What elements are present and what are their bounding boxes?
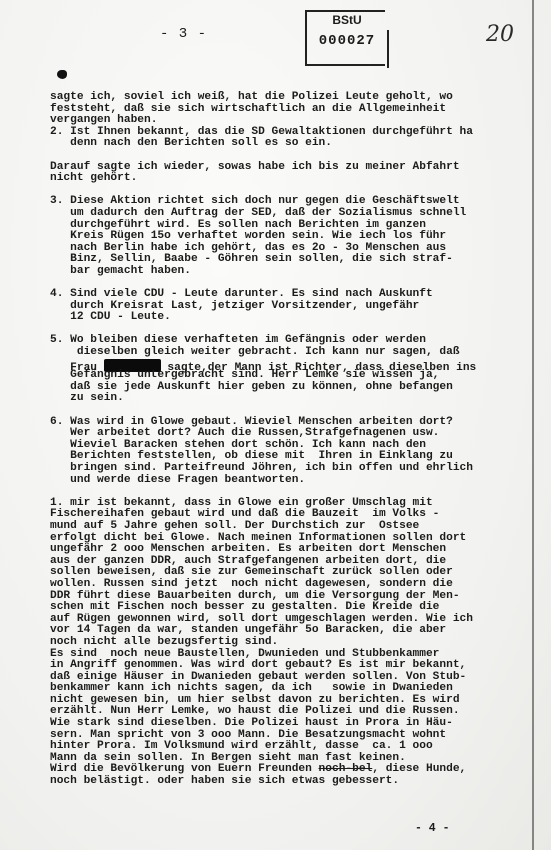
text-line: nicht gehört. (50, 173, 530, 185)
text-line: dieselben gleich weiter gebracht. Ich ka… (50, 347, 530, 359)
text-line: in Angriff genommen. Was wird dort gebau… (50, 660, 530, 672)
page-number: - 3 - (160, 26, 207, 42)
handwritten-folio-number: 20 (486, 22, 514, 47)
text-line: noch nicht alle bezugsfertig sind. (50, 637, 530, 649)
text-line: noch belästigt. oder haben sie sich etwa… (50, 776, 530, 788)
text-line: denn nach den Berichten soll es so ein. (50, 138, 530, 150)
binding-edge-line (532, 0, 534, 850)
text-line: bar gemacht haben. (50, 266, 530, 278)
text-line: 4. Sind viele CDU - Leute darunter. Es s… (50, 289, 530, 301)
text-line: Kreis Rügen 15o verhaftet worden sein. W… (50, 231, 530, 243)
struck-text: noch-bel (319, 763, 373, 775)
text-line: zu sein. (50, 393, 530, 405)
text-line: sagte ich, soviel ich weiß, hat die Poli… (50, 92, 530, 104)
stamp-agency: BStU (307, 13, 387, 27)
ink-blot-icon (57, 70, 67, 79)
blank-line (50, 405, 530, 417)
text-line: bringen sind. Parteifreund Jöhren, ich b… (50, 463, 530, 475)
text-line: Wie stark sind dieselben. Die Polizei ha… (50, 718, 530, 730)
stamp-number: 000027 (307, 33, 387, 49)
text-line: 12 CDU - Leute. (50, 312, 530, 324)
text-line: um dadurch den Auftrag der SED, daß der … (50, 208, 530, 220)
text-line: ungefähr 2 ooo Menschen arbeiten. Es arb… (50, 544, 530, 556)
typewritten-body: sagte ich, soviel ich weiß, hat die Poli… (50, 92, 530, 788)
text-line: wollen. Russen sind jetzt noch nicht dag… (50, 579, 530, 591)
next-page-marker: - 4 - (415, 822, 450, 835)
text-line: schen mit Fischen noch besser zu gestalt… (50, 602, 530, 614)
blank-line (50, 150, 530, 162)
text-line: mund auf 5 Jahre gehen soll. Der Durchst… (50, 521, 530, 533)
archive-stamp: BStU 000027 (305, 10, 385, 66)
text-line: und werde diese Fragen beantworten. (50, 475, 530, 487)
